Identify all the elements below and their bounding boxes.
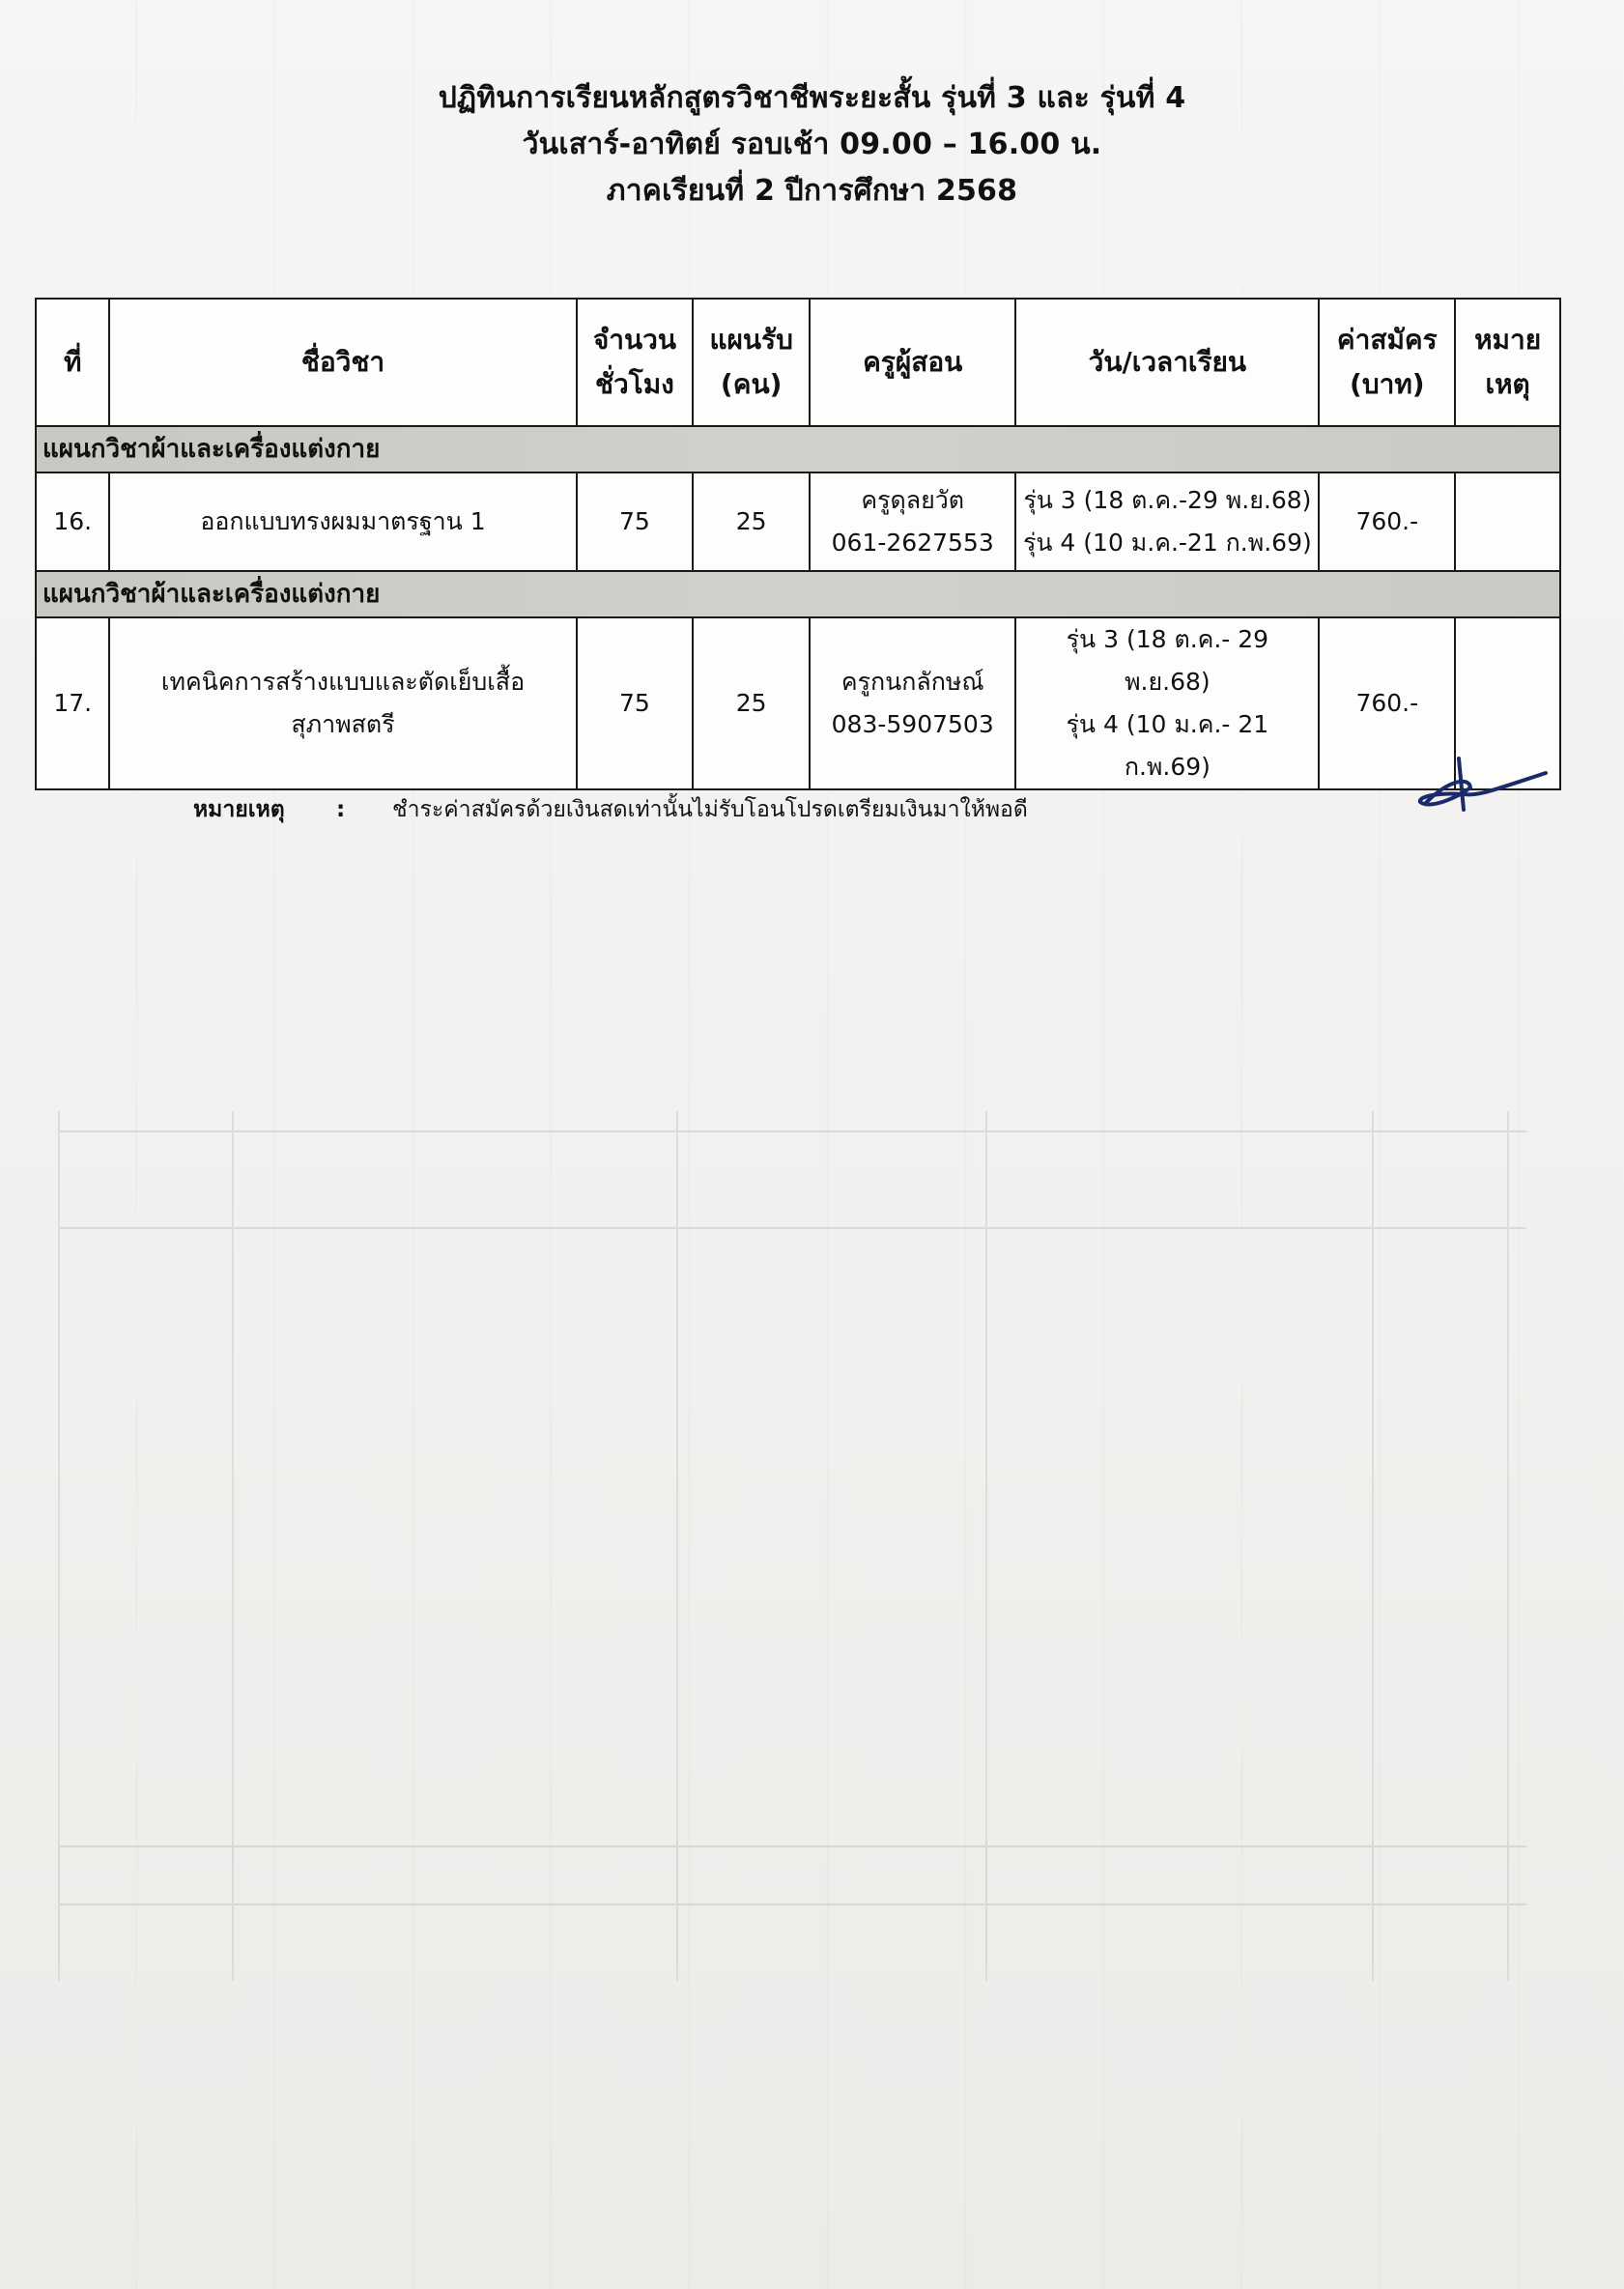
course-teacher: ครูดุลยวัต061-2627553 [810, 472, 1015, 571]
course-name: เทคนิคการสร้างแบบและตัดเย็บเสื้อสุภาพสตร… [109, 617, 576, 789]
course-seats: 25 [693, 472, 810, 571]
department-name: แผนกวิชาผ้าและเครื่องแต่งกาย [36, 426, 1560, 472]
document-header: ปฏิทินการเรียนหลักสูตรวิชาชีพระยะสั้น รุ… [0, 75, 1624, 215]
course-schedule-table: ที่ ชื่อวิชา จำนวนชั่วโมง แผนรับ(คน) ครู… [35, 298, 1561, 790]
column-header-course: ชื่อวิชา [109, 299, 576, 426]
course-fee: 760.- [1319, 472, 1455, 571]
department-row: แผนกวิชาผ้าและเครื่องแต่งกาย [36, 426, 1560, 472]
course-hours: 75 [577, 617, 694, 789]
table-row: 16. ออกแบบทรงผมมาตรฐาน 1 75 25 ครูดุลยวั… [36, 472, 1560, 571]
footnote-label: หมายเหตุ [193, 792, 328, 827]
footnote-text: ชำระค่าสมัครด้วยเงินสดเท่านั้นไม่รับโอนโ… [392, 797, 1028, 822]
column-header-seats: แผนรับ(คน) [693, 299, 810, 426]
course-teacher: ครูกนกลักษณ์083-5907503 [810, 617, 1015, 789]
course-seats: 25 [693, 617, 810, 789]
title-line-3: ภาคเรียนที่ 2 ปีการศึกษา 2568 [0, 168, 1624, 215]
title-line-2: วันเสาร์-อาทิตย์ รอบเช้า 09.00 – 16.00 น… [0, 122, 1624, 168]
footnote-colon: : [336, 797, 385, 822]
column-header-hours: จำนวนชั่วโมง [577, 299, 694, 426]
department-name: แผนกวิชาผ้าและเครื่องแต่งกาย [36, 571, 1560, 617]
column-header-fee: ค่าสมัคร(บาท) [1319, 299, 1455, 426]
course-name: ออกแบบทรงผมมาตรฐาน 1 [109, 472, 576, 571]
table-header-row: ที่ ชื่อวิชา จำนวนชั่วโมง แผนรับ(คน) ครู… [36, 299, 1560, 426]
column-header-no: ที่ [36, 299, 109, 426]
column-header-schedule: วัน/เวลาเรียน [1015, 299, 1319, 426]
signature-icon [1401, 754, 1575, 831]
course-remark [1455, 472, 1560, 571]
course-schedule: รุ่น 3 (18 ต.ค.-29 พ.ย.68)รุ่น 4 (10 ม.ค… [1015, 472, 1319, 571]
bleed-through-reverse-side [58, 1111, 1526, 1981]
footnote: หมายเหตุ : ชำระค่าสมัครด้วยเงินสดเท่านั้… [193, 792, 1028, 827]
table-row: 17. เทคนิคการสร้างแบบและตัดเย็บเสื้อสุภา… [36, 617, 1560, 789]
column-header-remark: หมายเหตุ [1455, 299, 1560, 426]
course-no: 16. [36, 472, 109, 571]
title-line-1: ปฏิทินการเรียนหลักสูตรวิชาชีพระยะสั้น รุ… [0, 75, 1624, 122]
course-schedule: รุ่น 3 (18 ต.ค.- 29 พ.ย.68)รุ่น 4 (10 ม.… [1015, 617, 1319, 789]
department-row: แผนกวิชาผ้าและเครื่องแต่งกาย [36, 571, 1560, 617]
column-header-teacher: ครูผู้สอน [810, 299, 1015, 426]
course-hours: 75 [577, 472, 694, 571]
course-no: 17. [36, 617, 109, 789]
